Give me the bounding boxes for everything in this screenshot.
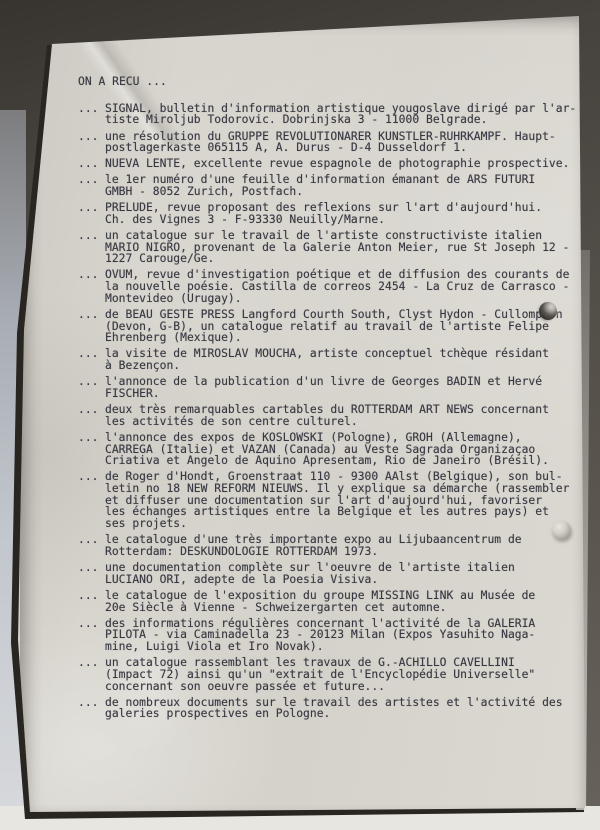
item-marker: ... — [78, 158, 105, 170]
list-item: ...un catalogue rassemblant les travaux … — [78, 657, 580, 692]
item-text: OVUM, revue d'investigation poétique et … — [105, 269, 569, 304]
item-text: NUEVA LENTE, excellente revue espagnole … — [105, 158, 569, 170]
item-text: une documentation complète sur l'oeuvre … — [105, 562, 515, 585]
list-item: ...le catalogue de l'exposition du group… — [78, 590, 580, 613]
paper-sheet: ON A RECU ... ...SIGNAL, bulletin d'info… — [0, 0, 600, 830]
item-text: le catalogue de l'exposition du groupe M… — [105, 590, 535, 613]
item-text: SIGNAL, bulletin d'information artistiqu… — [105, 103, 576, 126]
item-marker: ... — [78, 230, 105, 265]
item-marker: ... — [78, 103, 105, 126]
item-text: le 1er numéro d'une feuille d'informatio… — [105, 174, 535, 197]
page-title: ON A RECU ... — [78, 76, 580, 88]
item-marker: ... — [78, 202, 105, 225]
item-marker: ... — [78, 432, 105, 467]
list-item: ...l'annonce des expos de KOSLOWSKI (Pol… — [78, 432, 580, 467]
item-marker: ... — [78, 657, 105, 692]
list-item: ...de Roger d'Hondt, Groenstraat 110 - 9… — [78, 471, 580, 530]
list-item: ...une résolution du GRUPPE REVOLUTIONAR… — [78, 131, 580, 154]
list-item: ...le 1er numéro d'une feuille d'informa… — [78, 174, 580, 197]
list-item: ...une documentation complète sur l'oeuv… — [78, 562, 580, 585]
item-text: un catalogue sur le travail de l'artiste… — [105, 230, 569, 265]
item-marker: ... — [78, 618, 105, 653]
item-marker: ... — [78, 348, 105, 371]
item-marker: ... — [78, 471, 105, 530]
item-marker: ... — [78, 562, 105, 585]
item-text: PRELUDE, revue proposant des reflexions … — [105, 202, 542, 225]
item-marker: ... — [78, 534, 105, 557]
item-text: de Roger d'Hondt, Groenstraat 110 - 9300… — [105, 471, 569, 530]
item-text: un catalogue rassemblant les travaux de … — [105, 657, 535, 692]
list-item: ...de BEAU GESTE PRESS Langford Courth S… — [78, 309, 580, 344]
photo-background: ON A RECU ... ...SIGNAL, bulletin d'info… — [0, 0, 600, 830]
list-item: ...deux très remarquables cartables du R… — [78, 404, 580, 427]
list-item: ...le catalogue d'une très importante ex… — [78, 534, 580, 557]
page-content: ON A RECU ... ...SIGNAL, bulletin d'info… — [78, 76, 580, 724]
item-text: une résolution du GRUPPE REVOLUTIONARER … — [105, 131, 556, 154]
list-item: ...OVUM, revue d'investigation poétique … — [78, 269, 580, 304]
list-item: ...de nombreux documents sur le travail … — [78, 697, 580, 720]
item-marker: ... — [78, 309, 105, 344]
item-text: des informations régulières concernant l… — [105, 618, 535, 653]
list-item: ...des informations régulières concernan… — [78, 618, 580, 653]
item-marker: ... — [78, 376, 105, 399]
received-items-list: ...SIGNAL, bulletin d'information artist… — [78, 103, 580, 720]
item-text: l'annonce de la publication d'un livre d… — [105, 376, 542, 399]
list-item: ...l'annonce de la publication d'un livr… — [78, 376, 580, 399]
list-item: ...un catalogue sur le travail de l'arti… — [78, 230, 580, 265]
item-marker: ... — [78, 269, 105, 304]
item-marker: ... — [78, 590, 105, 613]
list-item: ...NUEVA LENTE, excellente revue espagno… — [78, 158, 580, 170]
item-text: l'annonce des expos de KOSLOWSKI (Pologn… — [105, 432, 549, 467]
item-marker: ... — [78, 131, 105, 154]
list-item: ...PRELUDE, revue proposant des reflexio… — [78, 202, 580, 225]
item-text: de nombreux documents sur le travail des… — [105, 697, 563, 720]
item-text: de BEAU GESTE PRESS Langford Courth Sout… — [105, 309, 563, 344]
item-text: la visite de MIROSLAV MOUCHA, artiste co… — [105, 348, 549, 371]
item-text: deux très remarquables cartables du ROTT… — [105, 404, 549, 427]
punch-hole-icon — [539, 302, 557, 320]
list-item: ...SIGNAL, bulletin d'information artist… — [78, 103, 580, 126]
fastener-bump-icon — [552, 521, 571, 540]
item-text: le catalogue d'une très importante expo … — [105, 534, 522, 557]
item-marker: ... — [78, 404, 105, 427]
list-item: ...la visite de MIROSLAV MOUCHA, artiste… — [78, 348, 580, 371]
item-marker: ... — [78, 697, 105, 720]
item-marker: ... — [78, 174, 105, 197]
